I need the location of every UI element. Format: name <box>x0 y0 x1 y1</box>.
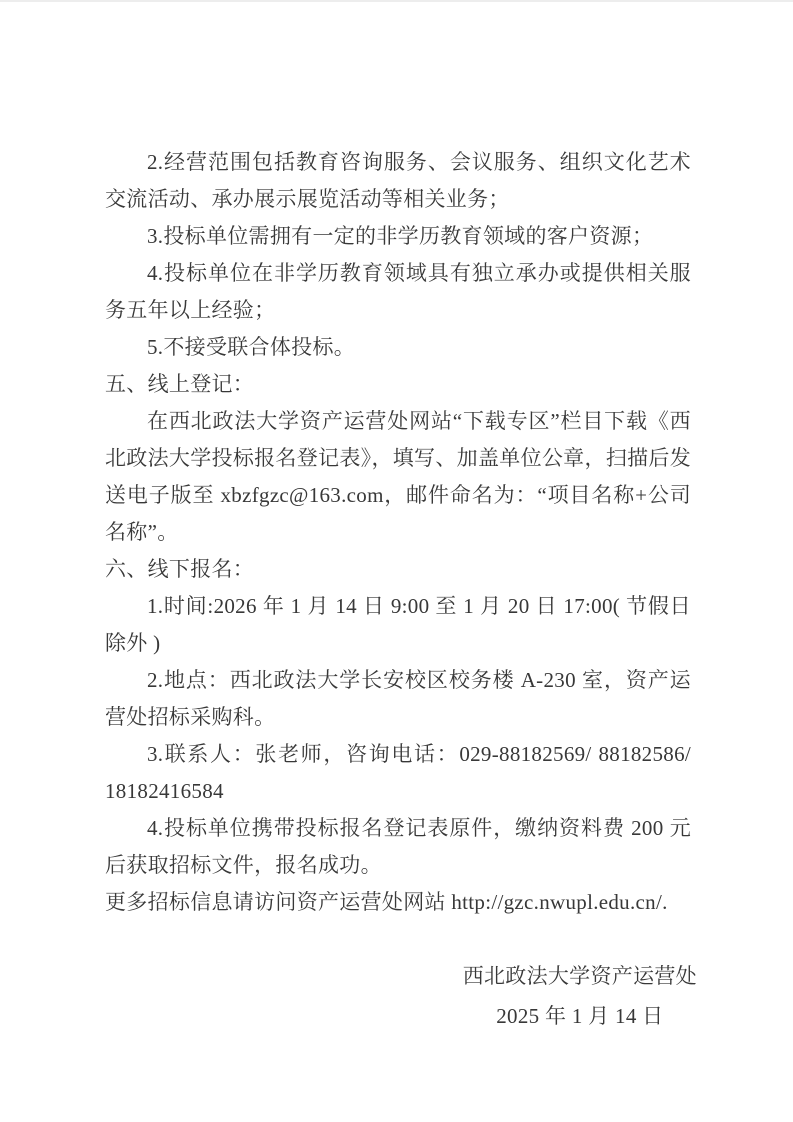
signature-block: 西北政法大学资产运营处 2025 年 1 月 14 日 <box>105 958 691 1035</box>
clause-business-scope: 2.经营范围包括教育咨询服务、会议服务、组织文化艺术交流活动、承办展示展览活动等… <box>105 144 691 218</box>
signature-organization: 西北政法大学资产运营处 <box>463 958 697 995</box>
item-contact-info: 3.联系人：张老师，咨询电话：029-88182569/ 88182586/ 1… <box>105 736 691 810</box>
document-page: 2.经营范围包括教育咨询服务、会议服务、组织文化艺术交流活动、承办展示展览活动等… <box>0 0 793 1122</box>
para-more-info-website: 更多招标信息请访问资产运营处网站 http://gzc.nwupl.edu.cn… <box>105 884 691 921</box>
item-document-fee: 4.投标单位携带投标报名登记表原件，缴纳资料费 200 元后获取招标文件，报名成… <box>105 810 691 884</box>
heading-online-registration: 五、线上登记： <box>105 366 691 403</box>
para-online-registration-detail: 在西北政法大学资产运营处网站“下载专区”栏目下载《西北政法大学投标报名登记表》，… <box>105 403 691 551</box>
document-body: 2.经营范围包括教育咨询服务、会议服务、组织文化艺术交流活动、承办展示展览活动等… <box>105 144 691 1035</box>
signature-date: 2025 年 1 月 14 日 <box>463 998 697 1035</box>
heading-offline-registration: 六、线下报名： <box>105 551 691 588</box>
item-registration-location: 2.地点：西北政法大学长安校区校务楼 A-230 室，资产运营处招标采购科。 <box>105 662 691 736</box>
page-top-edge <box>0 0 793 2</box>
signature-inner: 西北政法大学资产运营处 2025 年 1 月 14 日 <box>463 958 697 1035</box>
item-registration-time: 1.时间:2026 年 1 月 14 日 9:00 至 1 月 20 日 17:… <box>105 588 691 662</box>
clause-no-consortium-bids: 5.不接受联合体投标。 <box>105 329 691 366</box>
clause-customer-resources: 3.投标单位需拥有一定的非学历教育领域的客户资源； <box>105 218 691 255</box>
clause-experience-requirement: 4.投标单位在非学历教育领域具有独立承办或提供相关服务五年以上经验； <box>105 255 691 329</box>
